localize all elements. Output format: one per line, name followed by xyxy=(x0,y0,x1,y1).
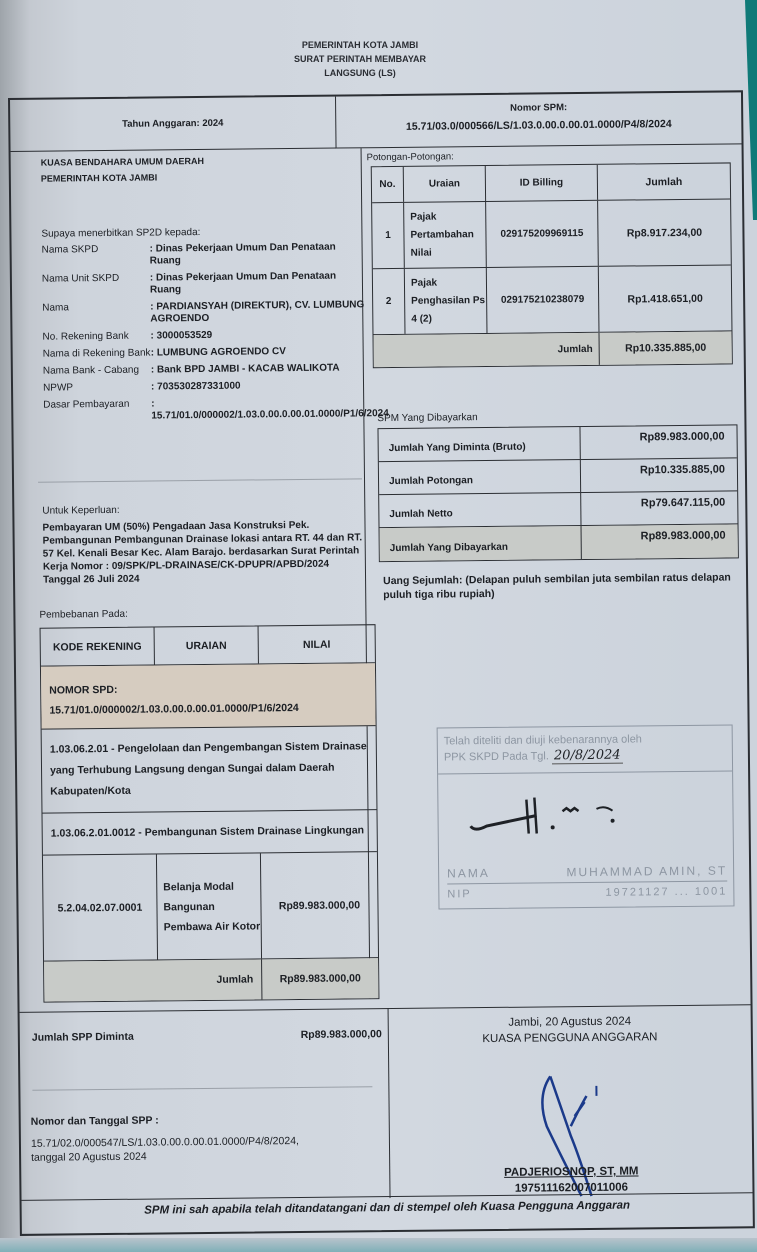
nomor-spm: Nomor SPM: 15.71/03.0/000566/LS/1.03.0.0… xyxy=(336,92,742,148)
recipient-field: Nama Unit SKPD: Dinas Pekerjaan Umum Dan… xyxy=(42,270,366,297)
potongan-total: Jumlah Rp10.335.885,00 xyxy=(374,331,732,367)
spm-document: PEMERINTAH KOTA JAMBI SURAT PERINTAH MEM… xyxy=(0,0,757,1252)
field-label: Nama Unit SKPD xyxy=(42,273,150,298)
stamp-date: 20/8/2024 xyxy=(552,748,623,765)
field-value: : 703530287331000 xyxy=(151,379,367,393)
recipient-field: No. Rekening Bank: 3000053529 xyxy=(42,328,366,343)
table-header: KODE REKENING URAIAN NILAI xyxy=(41,625,375,666)
background-edge xyxy=(0,1238,757,1252)
ppk-verification-stamp: Telah diteliti dan diuji kebenarannya ol… xyxy=(437,724,735,909)
footer-note: SPM ini sah apabila telah ditandatangani… xyxy=(22,1198,753,1218)
field-value: : Bank BPD JAMBI - KACAB WALIKOTA xyxy=(151,362,367,376)
table-row: Jumlah Potongan Rp10.335.885,00 xyxy=(379,458,737,495)
header-line-1: PEMERINTAH KOTA JAMBI xyxy=(250,38,470,52)
recipient-section: KUASA BENDAHARA UMUM DAERAH PEMERINTAH K… xyxy=(41,151,368,423)
document-header: PEMERINTAH KOTA JAMBI SURAT PERINTAH MEM… xyxy=(250,38,470,80)
column-divider xyxy=(388,1008,391,1198)
supaya-text: Supaya menerbitkan SP2D kepada: xyxy=(41,225,365,239)
header-line-3: LANGSUNG (LS) xyxy=(250,66,470,80)
field-value: : 3000053529 xyxy=(150,328,366,342)
field-label: Nama xyxy=(42,302,150,327)
field-label: NPWP xyxy=(43,382,151,395)
table-header: No. Uraian ID Billing Jumlah xyxy=(372,163,730,203)
recipient-field: Nama di Rekening Bank: LUMBUNG AGROENDO … xyxy=(43,345,367,360)
recipient-list: Nama SKPD: Dinas Pekerjaan Umum Dan Pena… xyxy=(42,241,368,423)
kuasa-bud: KUASA BENDAHARA UMUM DAERAH PEMERINTAH K… xyxy=(41,151,365,186)
untuk-label: Untuk Keperluan: xyxy=(42,501,368,517)
table-row: Jumlah Netto Rp79.647.115,00 xyxy=(379,491,737,528)
spm-dibayarkan-table: Jumlah Yang Diminta (Bruto) Rp89.983.000… xyxy=(377,424,738,562)
subkegiatan-row: 1.03.06.2.01.0012 - Pembangunan Sistem D… xyxy=(42,810,376,855)
table-row: Jumlah Yang Dibayarkan Rp89.983.000,00 xyxy=(380,524,738,561)
nomor-tanggal-spp: Nomor dan Tanggal SPP : 15.71/02.0/00054… xyxy=(31,1111,382,1165)
program-row: 1.03.06.2.01 - Pengelolaan dan Pengemban… xyxy=(42,726,377,813)
field-value: : Dinas Pekerjaan Umum Dan Penataan Ruan… xyxy=(150,241,366,267)
field-value: : Dinas Pekerjaan Umum Dan Penataan Ruan… xyxy=(150,270,366,296)
potongan-table: No. Uraian ID Billing Jumlah 1 Pajak Per… xyxy=(371,162,733,368)
top-row: Tahun Anggaran: 2024 Nomor SPM: 15.71/03… xyxy=(10,92,742,152)
divider xyxy=(32,1086,372,1091)
untuk-text: Pembayaran UM (50%) Pengadaan Jasa Konst… xyxy=(42,518,369,586)
table-row: 1 Pajak Pertambahan Nilai 02917520996911… xyxy=(372,199,731,269)
jumlah-spp-diminta: Jumlah SPP Diminta Rp89.983.000,00 xyxy=(32,1028,382,1044)
field-label: Dasar Pembayaran xyxy=(43,399,151,424)
field-value: : PARDIANSYAH (DIREKTUR), CV. LUMBUNG AG… xyxy=(150,299,366,325)
signature-icon xyxy=(466,786,667,838)
signer-role: KUASA PENGGUNA ANGGARAN xyxy=(400,1028,740,1048)
pembebanan-label: Pembebanan Pada: xyxy=(39,609,128,621)
recipient-field: Nama SKPD: Dinas Pekerjaan Umum Dan Pena… xyxy=(42,241,366,268)
field-label: Nama di Rekening Bank xyxy=(43,348,151,361)
field-label: Nama Bank - Cabang xyxy=(43,365,151,378)
header-line-2: SURAT PERINTAH MEMBAYAR xyxy=(250,52,470,66)
nomor-spm-value: 15.71/03.0/000566/LS/1.03.0.00.0.00.01.0… xyxy=(336,117,741,133)
tahun-anggaran: Tahun Anggaran: 2024 xyxy=(10,97,337,152)
jumlah-row: Jumlah Rp89.983.000,00 xyxy=(44,958,378,1001)
document-frame: Tahun Anggaran: 2024 Nomor SPM: 15.71/03… xyxy=(8,90,755,1236)
recipient-field: Nama Bank - Cabang: Bank BPD JAMBI - KAC… xyxy=(43,362,367,377)
recipient-field: NPWP: 703530287331000 xyxy=(43,379,367,394)
field-value: : LUMBUNG AGROENDO CV xyxy=(151,345,367,359)
uang-sejumlah: Uang Sejumlah: (Delapan puluh sembilan j… xyxy=(383,570,743,602)
nomor-spd: NOMOR SPD: 15.71/01.0/000002/1.03.0.00.0… xyxy=(41,663,376,729)
potongan-label: Potongan-Potongan: xyxy=(367,151,454,163)
nomor-spm-label: Nomor SPM: xyxy=(336,100,741,115)
table-row: 5.2.04.02.07.0001 Belanja Modal Bangunan… xyxy=(43,852,378,961)
divider xyxy=(20,1004,751,1013)
spm-dibayarkan-label: SPM Yang Dibayarkan xyxy=(377,412,477,424)
untuk-keperluan: Untuk Keperluan: Pembayaran UM (50%) Pen… xyxy=(42,501,369,586)
table-row: 2 Pajak Penghasilan Ps 4 (2) 02917521023… xyxy=(373,265,732,335)
field-label: No. Rekening Bank xyxy=(42,331,150,344)
signer-block: Jambi, 20 Agustus 2024 KUASA PENGGUNA AN… xyxy=(400,1012,740,1048)
recipient-field: Dasar Pembayaran: 15.71/01.0/000002/1.03… xyxy=(43,396,367,423)
field-value: : 15.71/01.0/000002/1.03.0.00.0.00.01.00… xyxy=(151,396,389,422)
table-row: Jumlah Yang Diminta (Bruto) Rp89.983.000… xyxy=(378,425,736,462)
pembebanan-table: KODE REKENING URAIAN NILAI NOMOR SPD: 15… xyxy=(40,624,380,1002)
divider xyxy=(38,478,362,482)
field-label: Nama SKPD xyxy=(42,244,150,269)
recipient-field: Nama: PARDIANSYAH (DIREKTUR), CV. LUMBUN… xyxy=(42,299,366,326)
